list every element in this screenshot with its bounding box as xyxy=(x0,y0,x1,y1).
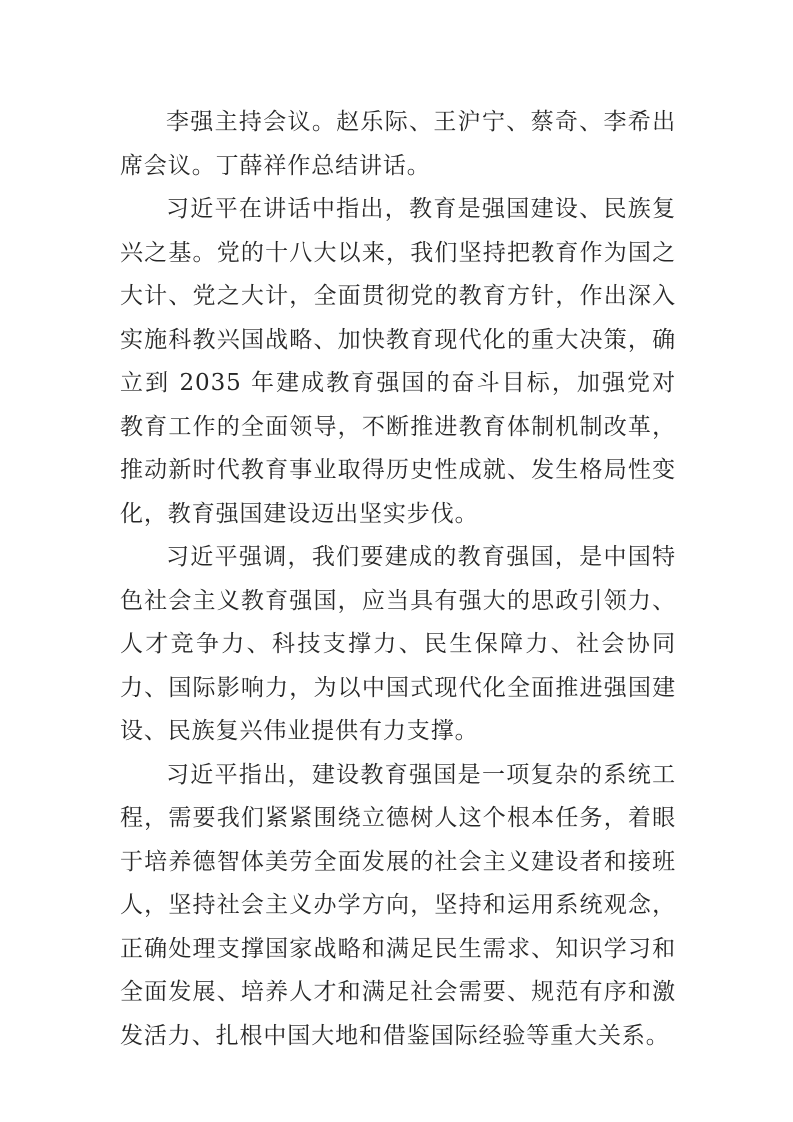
document-page: 李强主持会议。赵乐际、王沪宁、蔡奇、李希出席会议。丁薛祥作总结讲话。 习近平在讲… xyxy=(120,101,676,1058)
paragraph-meeting-attendees: 李强主持会议。赵乐际、王沪宁、蔡奇、李希出席会议。丁薛祥作总结讲话。 xyxy=(120,101,676,188)
paragraph-systematic-project: 习近平指出，建设教育强国是一项复杂的系统工程，需要我们紧紧围绕立德树人这个根本任… xyxy=(120,754,676,1059)
paragraph-education-power-features: 习近平强调，我们要建成的教育强国，是中国特色社会主义教育强国，应当具有强大的思政… xyxy=(120,536,676,754)
paragraph-education-foundation: 习近平在讲话中指出，教育是强国建设、民族复兴之基。党的十八大以来，我们坚持把教育… xyxy=(120,188,676,536)
